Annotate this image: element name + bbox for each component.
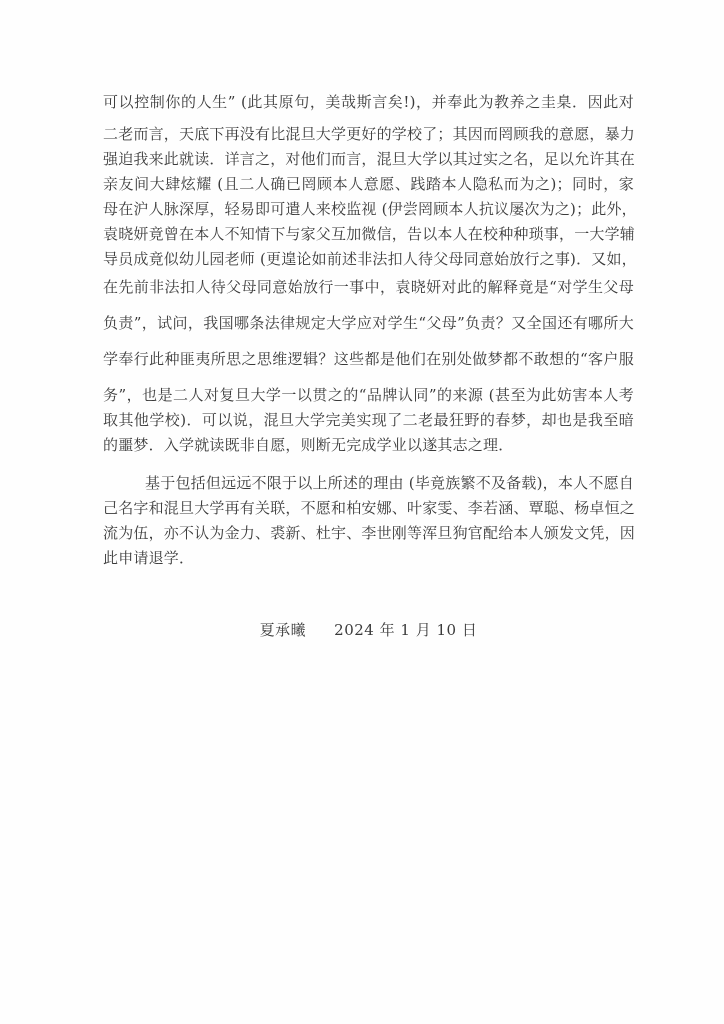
text-line: 流为伍，亦不认为金力、裘新、杜宇、李世刚等浑旦狗官配给本人颁发文凭，因 [103, 521, 634, 546]
text-line: 务”，也是二人对复旦大学一以贯之的“品牌认同”的来源 (甚至为此妨害本人考 [103, 383, 634, 408]
text-line: 取其他学校)．可以说，混旦大学完美实现了二老最狂野的春梦，却也是我至暗 [103, 408, 634, 433]
text-line: 二老而言，天底下再没有比混旦大学更好的学校了；其因而罔顾我的意愿，暴力 [103, 122, 634, 147]
text-line: 导员成竟似幼儿园老师 (更遑论如前述非法扣人待父母同意始放行之事)．又如， [103, 247, 634, 272]
signature-line: 夏承曦 2024 年 1 月 10 日 [103, 619, 634, 640]
text-line: 负责”，试问，我国哪条法律规定大学应对学生“父母”负责？又全国还有哪所大 [103, 311, 634, 336]
text-line: 的噩梦．入学就读既非自愿，则断无完成学业以遂其志之理． [103, 433, 634, 458]
text-line: 袁晓妍竟曾在本人不知情下与家父互加微信，告以本人在校种种琐事，一大学辅 [103, 222, 634, 247]
document-page: 可以控制你的人生” (此其原句，美哉斯言矣!)，并奉此为教养之圭臬．因此对 二老… [0, 0, 724, 1024]
text-line: 此申请退学． [103, 546, 634, 571]
letter-body: 可以控制你的人生” (此其原句，美哉斯言矣!)，并奉此为教养之圭臬．因此对 二老… [103, 90, 634, 640]
text-line: 亲友间大肆炫耀 (且二人确已罔顾本人意愿、践踏本人隐私而为之)；同时，家 [103, 172, 634, 197]
text-line: 可以控制你的人生” (此其原句，美哉斯言矣!)，并奉此为教养之圭臬．因此对 [103, 90, 634, 115]
signature-name: 夏承曦 [260, 619, 307, 640]
signature-date: 2024 年 1 月 10 日 [334, 619, 477, 640]
text-line: 学奉行此种匪夷所思之思维逻辑？这些都是他们在别处做梦都不敢想的“客户服 [103, 347, 634, 372]
text-line: 在先前非法扣人待父母同意始放行一事中，袁晓妍对此的解释竟是“对学生父母 [103, 275, 634, 300]
text-line: 强迫我来此就读．详言之，对他们而言，混旦大学以其过实之名，足以允许其在 [103, 147, 634, 172]
text-line: 基于包括但远远不限于以上所述的理由 (毕竟族繁不及备载)，本人不愿自 [103, 471, 634, 496]
text-line: 己名字和混旦大学再有关联，不愿和柏安娜、叶家雯、李若涵、覃聪、杨卓恒之 [103, 496, 634, 521]
text-line: 母在沪人脉深厚，轻易即可遣人来校监视 (伊尝罔顾本人抗议屡次为之)；此外， [103, 197, 634, 222]
